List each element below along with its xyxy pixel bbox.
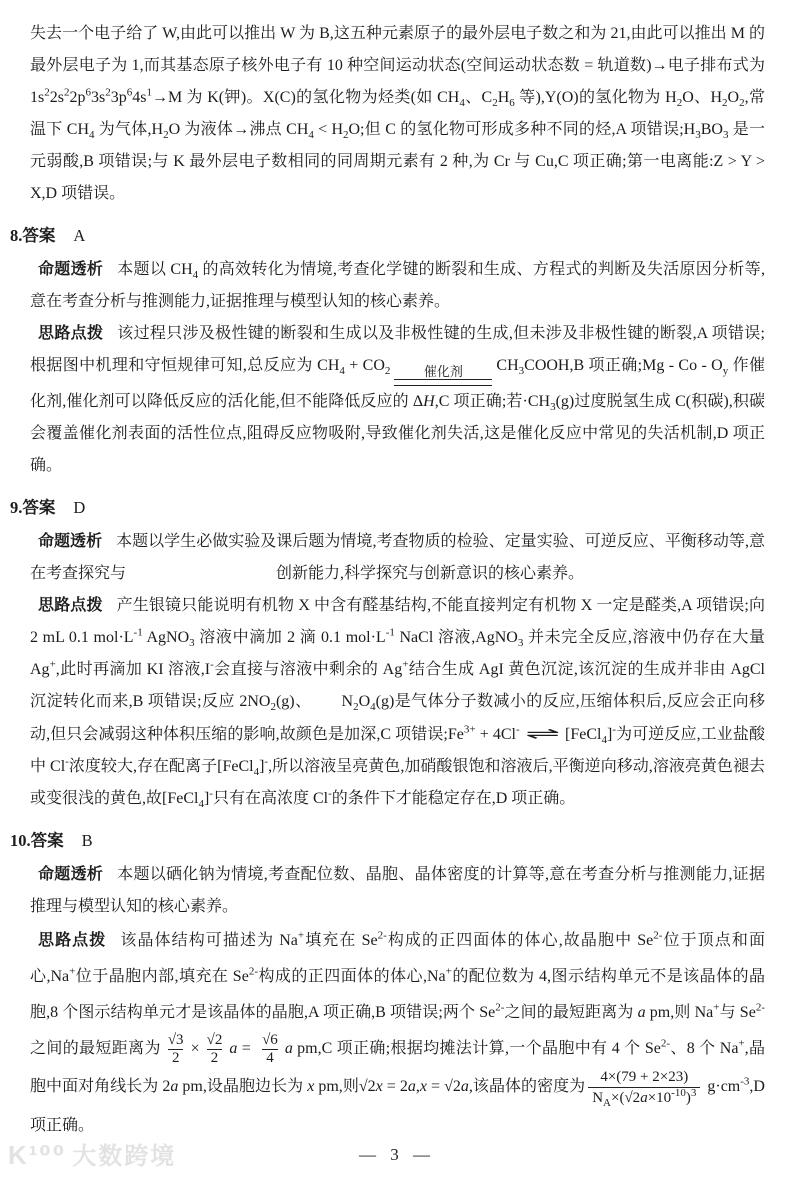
analysis-text: 本题以 CH4 的高效转化为情境,考查化学键的断裂和生成、方程式的判断及失活原因… [30, 261, 765, 310]
question-number: 10. [10, 831, 31, 850]
answer-label: 答案 [22, 499, 55, 517]
answer-label: 答案 [31, 832, 64, 850]
watermark-logo-icon: K¹⁰⁰ [8, 1140, 66, 1170]
question-8: 8.答案A 命题透析本题以 CH4 的高效转化为情境,考查化学键的断裂和生成、方… [30, 220, 765, 482]
catalyst-label: 催化剂 [424, 364, 463, 379]
answer-sheet-page: 失去一个电子给了 W,由此可以推出 W 为 B,这五种元素原子的最外层电子数之和… [0, 0, 789, 1187]
hint-text-pre: 该晶体结构可描述为 Na+填充在 Se2-构成的正四面体的体心,故晶胞中 Se2… [30, 932, 765, 1057]
page-content: 失去一个电子给了 W,由此可以推出 W 为 B,这五种元素原子的最外层电子数之和… [0, 0, 789, 1144]
question-9: 9.答案D 命题透析本题以学生必做实验及课后题为情境,考查物质的检验、定量实验、… [30, 492, 765, 815]
hint-label: 思路点拨 [38, 932, 106, 949]
watermark: K¹⁰⁰大数跨境 [8, 1136, 176, 1171]
paragraph-continuation: 失去一个电子给了 W,由此可以推出 W 为 B,这五种元素原子的最外层电子数之和… [30, 18, 765, 210]
hint-label: 思路点拨 [38, 325, 103, 342]
fraction-sqrt6-over-4: √64 [258, 1032, 282, 1067]
continuation-text: 失去一个电子给了 W,由此可以推出 W 为 B,这五种元素原子的最外层电子数之和… [30, 25, 765, 202]
analysis-text-post: 创新能力,科学探究与创新意识的核心素养。 [276, 565, 584, 582]
watermark-text: 大数跨境 [72, 1143, 176, 1170]
fraction-sqrt3-over-2: √32 [164, 1032, 188, 1067]
answer-line-9: 9.答案D [10, 492, 765, 524]
analysis-paragraph-10: 命题透析本题以硒化钠为情境,考查配位数、晶胞、晶体密度的计算等,意在考查分析与推… [30, 859, 765, 923]
answer-line-10: 10.答案B [10, 825, 765, 857]
answer-letter: B [82, 831, 93, 850]
answer-letter: A [73, 226, 85, 245]
analysis-label: 命题透析 [38, 261, 103, 278]
fraction-sqrt2-over-2: √22 [203, 1032, 227, 1067]
equals-operator: = [242, 1040, 251, 1057]
question-number: 8. [10, 226, 22, 245]
equilibrium-arrow: ⇌ [525, 718, 560, 750]
analysis-label: 命题透析 [38, 533, 102, 550]
hint-paragraph-8: 思路点拨该过程只涉及极性键的断裂和生成以及非极性键的生成,但未涉及非极性键的断裂… [30, 318, 765, 482]
analysis-paragraph-8: 命题透析本题以 CH4 的高效转化为情境,考查化学键的断裂和生成、方程式的判断及… [30, 254, 765, 318]
analysis-label: 命题透析 [38, 866, 103, 883]
analysis-text: 本题以硒化钠为情境,考查配位数、晶胞、晶体密度的计算等,意在考查分析与推测能力,… [30, 866, 765, 915]
times-operator: × [191, 1040, 200, 1057]
variable-a-pm: a pm [285, 1040, 318, 1057]
analysis-paragraph-9: 命题透析本题以学生必做实验及课后题为情境,考查物质的检验、定量实验、可逆反应、平… [30, 526, 765, 590]
variable-a: a [229, 1040, 237, 1057]
question-number: 9. [10, 498, 22, 517]
density-fraction: 4×(79 + 2×23)NA×(√2a×10-10)3 [588, 1067, 700, 1108]
double-line [394, 379, 492, 386]
answer-label: 答案 [22, 227, 55, 245]
hint-label: 思路点拨 [38, 597, 103, 614]
catalyst-reaction-sign: 催化剂 [394, 364, 492, 386]
hint-paragraph-9: 思路点拨产生银镜只能说明有机物 X 中含有醛基结构,不能直接判定有机物 X 一定… [30, 590, 765, 815]
answer-line-8: 8.答案A [10, 220, 765, 252]
question-10: 10.答案B 命题透析本题以硒化钠为情境,考查配位数、晶胞、晶体密度的计算等,意… [30, 825, 765, 1144]
hint-paragraph-10: 思路点拨该晶体结构可描述为 Na+填充在 Se2-构成的正四面体的体心,故晶胞中… [30, 923, 765, 1144]
answer-letter: D [73, 498, 85, 517]
